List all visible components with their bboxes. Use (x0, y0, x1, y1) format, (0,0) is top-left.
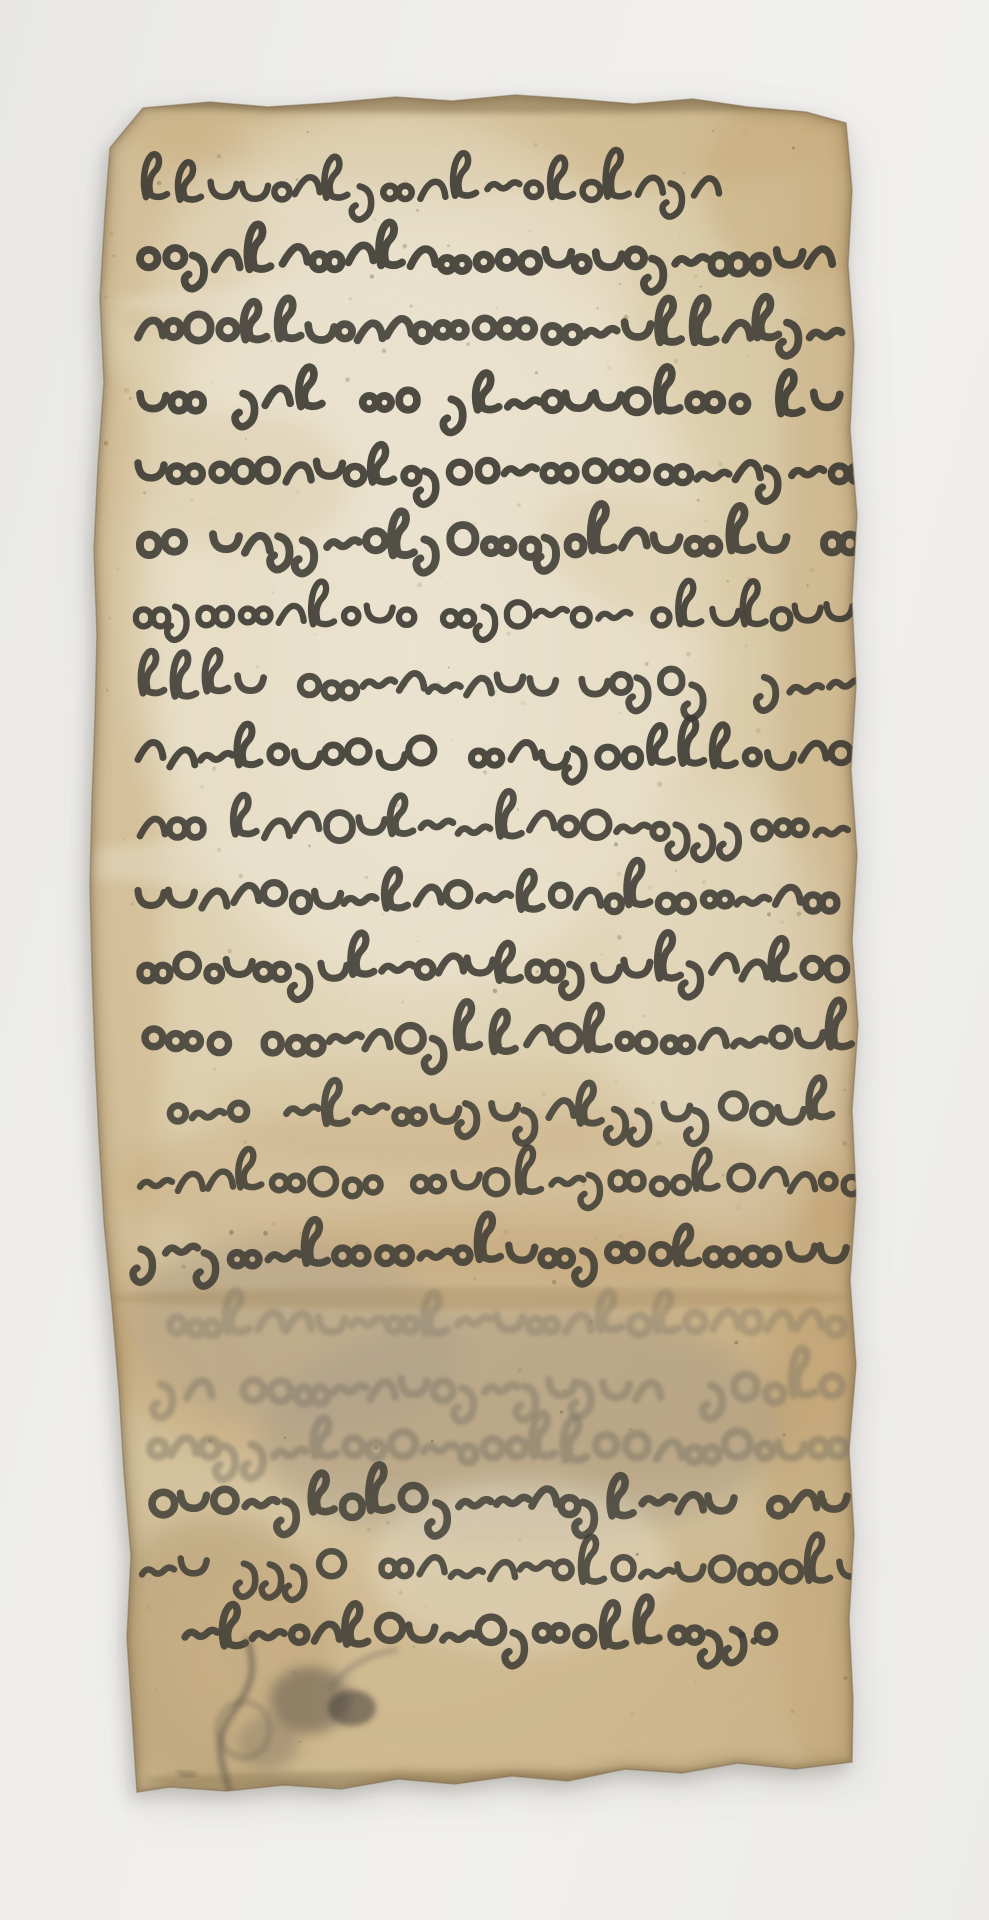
parchment (50, 80, 900, 1800)
end-dot (738, 1631, 745, 1638)
stain (110, 1287, 850, 1309)
parchment-canvas (0, 0, 989, 1920)
end-dot (750, 1637, 757, 1644)
manuscript-photograph (0, 0, 989, 1920)
